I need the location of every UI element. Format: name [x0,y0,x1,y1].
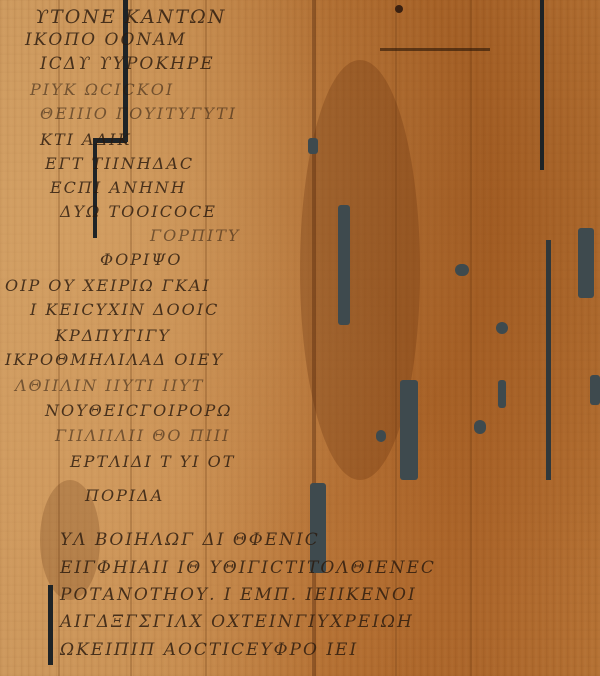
greek-text-line: ΛΘΙΙΛΙΝ ΙΙΥΤΙ ΙΙΥΤ [15,376,204,395]
papyrus-hole [590,375,600,405]
greek-text-line: ΓΟΡΠΙΤΥ [150,226,241,245]
papyrus-hole [400,380,418,480]
greek-text-line: ΡΙΥΚ ΩϹΙϹΚΟΙ [30,80,174,99]
papyrus-fiber [470,0,472,676]
papyrus-fragment-photo: ϒΤΟΝΕ ΚΑΝΤΩΝ ΙΚΟΠΟ ΟΟΝΑΜ ΙϹΔϒ ϒΥΡΟΚΗΡΕ Ρ… [0,0,600,676]
greek-text-line: ΕΓΤ ΤΙΙΝΗΔΑϹ [45,154,194,173]
greek-text-line: ΓΙΙΛΙΙΛΙΙ ΘΟ ΠΙΙΙ [55,426,230,445]
greek-text-line: ϒΤΟΝΕ ΚΑΝΤΩΝ [35,6,226,28]
greek-text-line: ΙΚΡΟΘΜΗΛΙΛΑΔ ΟΙΕΥ [5,350,224,369]
greek-text-line: ΝΟΥΘΕΙϹΓΟΙΡΟΡΩ [45,401,233,420]
greek-text-line: ΙϹΔϒ ϒΥΡΟΚΗΡΕ [40,54,215,74]
greek-text-line: ΕΡΤΛΙΔΙ Τ ΥΙ ΟΤ [70,452,235,471]
papyrus-hole [455,264,469,276]
greek-text-line: ΦΟΡΙΨΟ [100,250,182,269]
greek-text-line: ΟΙΡ ΟΥ ΧΕΙΡΙΩ ΓΚΑΙ [5,276,211,295]
papyrus-hole [474,420,486,434]
greek-text-line: ΥΛ ΒΟΙΗΛΩΓ ΔΙ ΘΦΕΝΙϹ [60,530,320,550]
greek-text-line: ΩΚΕΙΠΙΠ ΑΟϹΤΙϹΕΥΦΡΟ ΙΕΙ [60,640,358,660]
papyrus-hole [578,228,594,298]
greek-text-line: ΠΟΡΙΔΑ [85,486,164,505]
greek-text-line: ΚΡΔΠΥΓΙΓΥ [55,326,171,345]
papyrus-hole [376,430,386,442]
papyrus-hole [395,5,403,13]
greek-text-line: ΘΕΙΙΙΟ ΓΟΥΙΤΥΓΥΤΙ [40,104,237,123]
tear-crack [540,0,544,170]
greek-text-line: Ι ΚΕΙϹΥΧΙΝ ΔΟΟΙϹ [30,300,219,319]
papyrus-hole [308,138,318,154]
tear-crack [380,48,490,51]
greek-text-line: ΡΟΤΑΝΟΤΗΟΥ. Ι ΕΜΠ. ΙΕΙΙΚΕΝΟΙ [60,585,417,605]
papyrus-hole [496,322,508,334]
tear-crack [48,585,53,665]
greek-text-line: ΔΥΩ ΤΟΟΙϹΟϹΕ [60,202,217,221]
papyrus-hole [498,380,506,408]
greek-text-line: ΕϹΠΙ ΑΝΗΝΗ [50,178,187,197]
tear-crack [546,240,551,480]
papyrus-hole [338,205,350,325]
greek-text-line: ΕΙΓΦΗΙΑΙΙ ΙΘ ΥΘΙΓΙϹΤΙΤΟΛΘΙΕΝΕϹ [60,558,436,578]
greek-text-line: ΙΚΟΠΟ ΟΟΝΑΜ [25,30,187,50]
greek-text-line: ΑΙΓΔΞΓΣΓΙΛΧ ΟΧΤΕΙΝΓΙΥΧΡΕΙΩΗ [60,612,414,632]
greek-text-line: ΚΤΙ ΑΔΙΚ [40,130,131,149]
